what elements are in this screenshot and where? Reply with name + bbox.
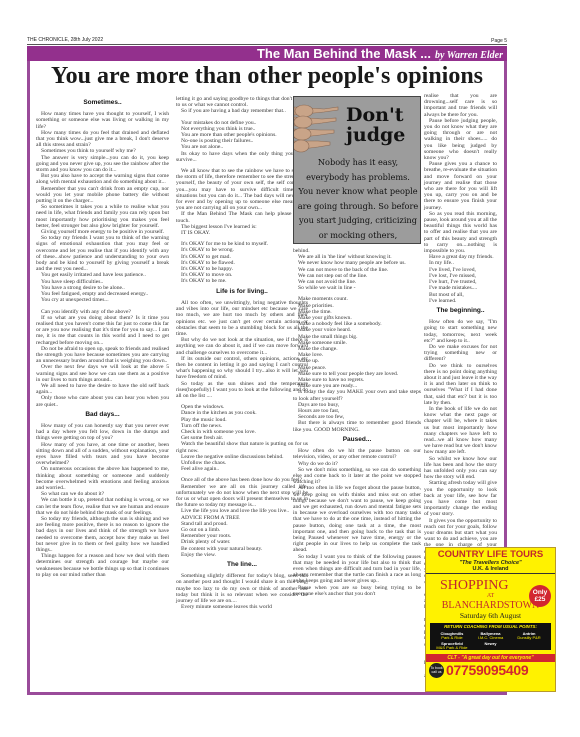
paragraph: Every minute someone leaves this world [176, 604, 308, 610]
paragraph: All too often, we unwittingly, bring neg… [176, 300, 308, 337]
masthead-rule [27, 44, 507, 45]
time-list: Days are too busy, Hours are too fast, S… [293, 402, 421, 421]
paragraph: How often do we say, "I'm going to start… [424, 319, 497, 344]
list-item: It's OKAY to be me. [176, 278, 308, 284]
paragraph: So as you read this morning, pause, look… [424, 211, 497, 254]
banner-title: The Man Behind the Mask ... [257, 46, 431, 61]
paragraph: How many times do you feel that drained … [36, 130, 169, 149]
price-badge: Only £25 [529, 585, 551, 607]
paragraph: So today as the sun shines and the tempe… [176, 381, 308, 400]
paragraph: Live the life you love and love the life… [176, 508, 308, 514]
poster-line: You never know what people [294, 184, 421, 199]
poem-line: I've learned. [424, 298, 497, 304]
paragraph: So today I want you to think of the foll… [293, 554, 421, 585]
okay-list: It's OKAY to be wrong. It's OKAY to get … [176, 247, 308, 284]
column-3: behind. We are all in 'the line' without… [293, 248, 421, 597]
paragraph: So if you are having a bad day remember … [176, 108, 308, 114]
list-item: Enjoy the view. [176, 552, 308, 558]
paragraph: So while we wait in line - [293, 285, 421, 291]
paragraph: Do we think to ourselves there is no poi… [424, 363, 497, 406]
paragraph: We all need to have the desire to have t… [36, 383, 169, 395]
paragraph: Something slightly different for today's… [176, 573, 308, 604]
country-life-tours-ad[interactable]: COUNTRY LIFE TOURS "The Travellers Choic… [425, 547, 556, 692]
pickup-point: SprucefieldM&S Park & Ride [433, 642, 471, 651]
paragraph: letting it go and saying goodbye to thin… [176, 96, 308, 108]
paragraph: Remember that you can't drink from an em… [36, 186, 169, 205]
pointing-hands-icon [294, 99, 346, 159]
poster-line: are going through. So before [294, 199, 421, 214]
paragraph: Is today the day you MAKE your own and t… [293, 389, 421, 401]
paragraph: In the book of life we do not know what … [424, 406, 497, 456]
paragraph: If so what are you doing about them? Is … [36, 315, 169, 346]
paragraph: But why do we not look at the situation,… [176, 337, 308, 356]
subheading-bad-days: Bad days... [36, 412, 169, 418]
paragraph: Only those who care about you can hear y… [36, 395, 169, 407]
paragraph: If its outside our control, others opini… [176, 356, 308, 381]
poster-title: Don't judge [346, 105, 420, 145]
poster-message: Nobody has it easy, everybody has proble… [294, 155, 421, 244]
paragraph: Once all of the above has been done how … [176, 477, 308, 483]
affirmations-list: Your mistakes do not define you.. Not ev… [176, 120, 308, 163]
pickups-heading: RETURN COACHING FROM USUAL POINTS: [433, 625, 548, 630]
phone-row: To book call us 07759095409 [426, 662, 555, 678]
subheading-the-beginning: The beginning.. [424, 308, 497, 314]
paragraph: On numerous occasions the above has happ… [36, 466, 169, 491]
paragraph: If the Man Behind The Mask can help plea… [176, 211, 308, 223]
paragraph: How often do we hit the pause button on … [293, 448, 421, 460]
paragraph: Things happen for a reason and how we de… [36, 553, 169, 578]
phone-number[interactable]: 07759095409 [446, 663, 528, 678]
pickup-point: Newry [472, 642, 510, 651]
pickup-point: AntrimDunsilly P&R [510, 632, 548, 641]
subheading-sometimes: Sometimes.. [36, 100, 169, 106]
section-banner: The Man Behind the Mask ... by Warren El… [27, 46, 507, 61]
list-item: Its okay to have days when the only thin… [176, 151, 308, 163]
column-1: Sometimes.. How many times have you thou… [36, 96, 169, 578]
paragraph: We can bottle it up, pretend that nothin… [36, 497, 169, 516]
ad-slogan: CLT - "A great day out for everyone" [426, 654, 555, 662]
paragraph: So sometimes it takes you a while to rea… [36, 204, 169, 229]
paragraph: But there is always time to remember goo… [293, 420, 421, 432]
paragraph: realise that you are drowning...self car… [424, 93, 497, 118]
tree-advice-list: ADVICE FROM A TREE Stand tall and proud.… [176, 515, 308, 558]
paragraph: Do we make excuses for not trying someth… [424, 344, 497, 363]
paragraph: All too often in life we forget about th… [293, 485, 421, 553]
pickup-point: CloughmillsPark & Ride [433, 632, 471, 641]
paragraph: IT IS OKAY. [176, 230, 308, 236]
book-call-badge: To book call us [429, 663, 444, 678]
dont-judge-poster: Don't judge Nobody has it easy, everybod… [293, 96, 421, 244]
poster-line: everybody has problems. [294, 170, 421, 185]
subheading-life-is-for-living: Life is for living.. [176, 289, 308, 295]
masthead: THE CHRONICLE, 28th July 2022 Page 5 [27, 34, 507, 44]
list-item: Feel alive again.. [176, 466, 308, 472]
pickup-point: BallymenaI.M.C. Cinema [472, 632, 510, 641]
poster-line: or mocking others, [294, 228, 421, 243]
ad-region: U.K. & Ireland [426, 566, 555, 574]
banner-byline: by Warren Elder [435, 50, 503, 61]
paragraph: Over the next few days we will look at t… [36, 364, 169, 383]
poster-line: Nobody has it easy, [294, 155, 421, 170]
pickup-points: RETURN COACHING FROM USUAL POINTS: Cloug… [430, 623, 551, 650]
paragraph: But you also have to accept the warning … [36, 173, 169, 185]
paragraph: So today my friends, although the sun is… [36, 516, 169, 553]
paragraph: How many of you have, at one time or ano… [36, 442, 169, 467]
headline: You are more than other people's opinion… [30, 62, 504, 90]
ad-brand: COUNTRY LIFE TOURS [426, 550, 555, 560]
warning-signs-list: You get easily irritated and have less p… [36, 272, 169, 303]
paragraph: So we don't miss something, so we can do… [293, 467, 421, 486]
paragraph: Pause when you are so busy being trying … [293, 585, 421, 597]
list-item: Watch the beautiful show that nature is … [176, 441, 308, 453]
subheading-the-line: The line... [176, 562, 308, 568]
paragraph: The answer is very simple...you can do i… [36, 155, 169, 174]
column-2: letting it go and saying goodbye to thin… [176, 96, 308, 610]
subheading-paused: Paused... [293, 437, 421, 443]
publication-date: THE CHRONICLE, 28th July 2022 [27, 37, 103, 43]
paragraph: Pause before judging people, you do not … [424, 118, 497, 161]
paragraph: Pause gives you a chance to breathe, re-… [424, 161, 497, 211]
paragraph: So today my friends I want you to think … [36, 235, 169, 272]
paragraph: Remember we are all on this journey call… [176, 484, 308, 509]
poster-line: remember EVERYBODY [294, 242, 421, 244]
paragraph: How many times have you thought to yours… [36, 111, 169, 130]
paragraph: We never know how many people are before… [293, 260, 421, 266]
paragraph: Starting afresh today will give you the … [424, 480, 497, 517]
list-item: You cry at unexpected times... [36, 297, 169, 303]
poem: In my life.. I've lived, I've loved, I'v… [424, 260, 497, 303]
paragraph: Do not be afraid to open up, speak to fr… [36, 346, 169, 365]
todo-list: Open the windows. Dance in the kitchen a… [176, 404, 308, 472]
paragraph: We all know that to see the rainbow we h… [176, 168, 308, 211]
ad-date: Saturday 6th August [426, 611, 555, 621]
poster-line: you start judging, criticizing [294, 213, 421, 228]
paragraph: How many of you can honestly say that yo… [36, 423, 169, 442]
paragraph: So whilst we know how our life has been … [424, 456, 497, 481]
make-list: Make moments count. Make priorities. Mak… [293, 296, 421, 389]
